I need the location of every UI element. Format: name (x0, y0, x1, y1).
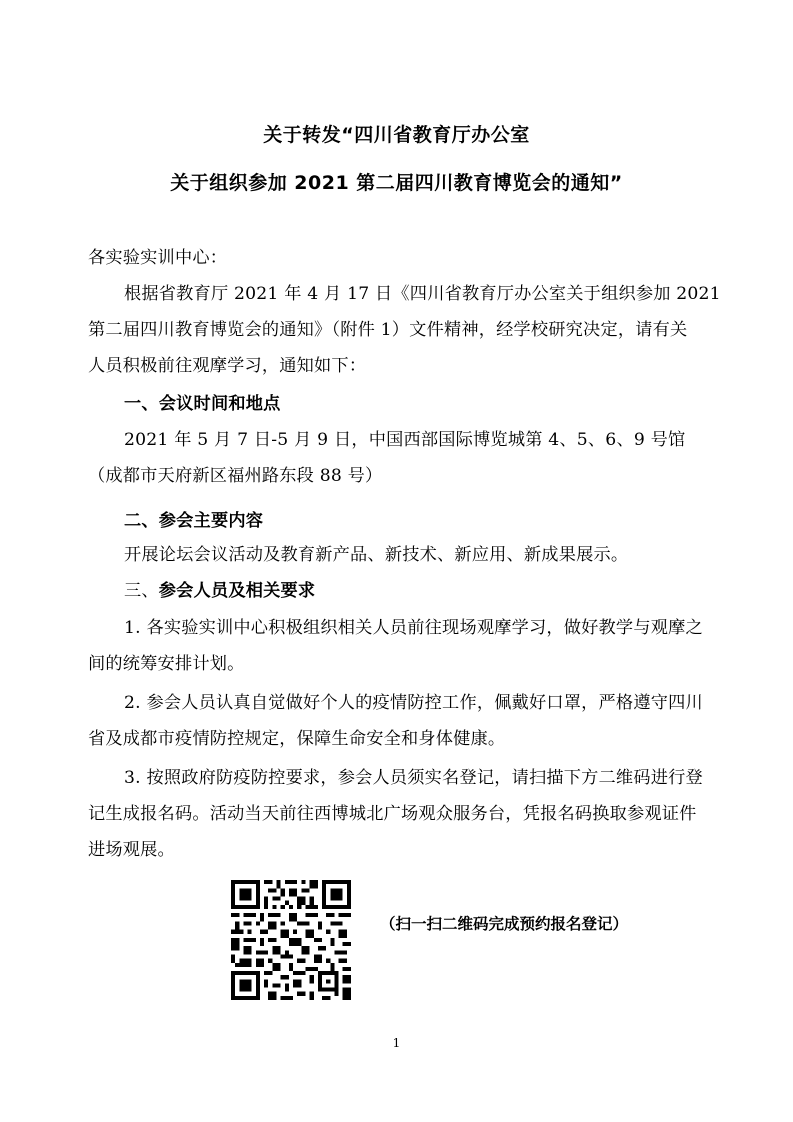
section-3-heading-row: 三、参会人员及相关要求 (88, 579, 744, 603)
title-line-1: 关于转发“四川省教育厅办公室 (0, 120, 793, 147)
salutation: 各实验实训中心： (88, 246, 708, 270)
intro-line-3: 人员积极前往观摩学习，通知如下： (88, 354, 708, 378)
section-2-heading: 二、参会主要内容 (88, 509, 744, 533)
item-2-line-2: 省及成都市疫情防控规定，保障生命安全和身体健康。 (88, 727, 708, 751)
qr-caption: （扫一扫二维码完成预约报名登记） (380, 912, 628, 934)
item-3-line-1: 3. 按照政府防疫防控要求，参会人员须实名登记，请扫描下方二维码进行登 (88, 766, 744, 790)
item-3-line-2: 记生成报名码。活动当天前往西博城北广场观众服务台，凭报名码换取参观证件 (88, 802, 708, 826)
intro-line-1: 根据省教育厅 2021 年 4 月 17 日《四川省教育厅办公室关于组织参加 2… (88, 282, 744, 306)
intro-line-2: 第二届四川教育博览会的通知》（附件 1）文件精神，经学校研究决定，请有关 (88, 318, 708, 342)
section-1-line-2: （成都市天府新区福州路东段 88 号） (88, 464, 708, 488)
item-1-line-1: 1. 各实验实训中心积极组织相关人员前往现场观摩学习，做好教学与观摩之 (88, 616, 744, 640)
item-3-line-3: 进场观展。 (88, 838, 708, 862)
title-line-2: 关于组织参加 2021 第二届四川教育博览会的通知” (0, 168, 793, 195)
section-1-line-1: 2021 年 5 月 7 日-5 月 9 日，中国西部国际博览城第 4、5、6、… (88, 428, 744, 452)
section-3-heading: 参会人员及相关要求 (159, 581, 316, 601)
section-1-heading: 一、会议时间和地点 (88, 392, 744, 416)
section-2-line-1: 开展论坛会议活动及教育新产品、新技术、新应用、新成果展示。 (88, 543, 744, 567)
qr-code-icon[interactable] (231, 880, 351, 1000)
item-1-line-2: 间的统筹安排计划。 (88, 652, 708, 676)
page-number: 1 (0, 1036, 793, 1050)
section-3-prefix: 三、 (124, 581, 159, 601)
item-2-line-1: 2. 参会人员认真自觉做好个人的疫情防控工作，佩戴好口罩，严格遵守四川 (88, 691, 744, 715)
document-page: 关于转发“四川省教育厅办公室 关于组织参加 2021 第二届四川教育博览会的通知… (0, 0, 793, 1122)
